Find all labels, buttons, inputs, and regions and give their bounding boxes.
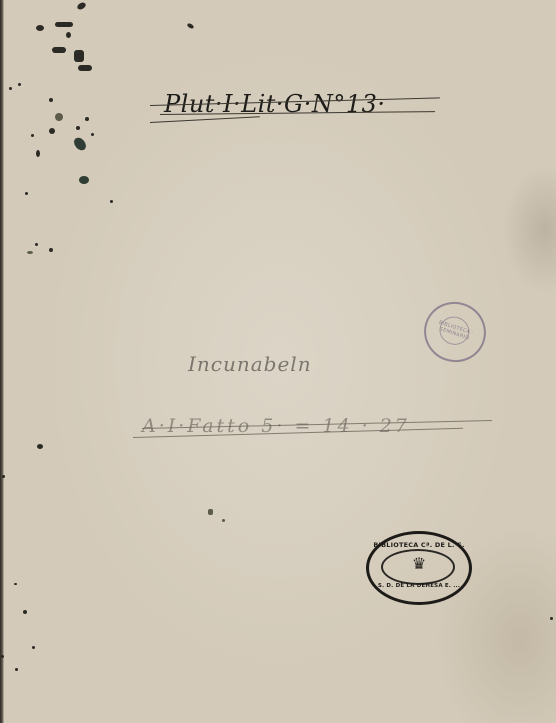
ink-spot xyxy=(49,128,55,134)
ink-spot xyxy=(186,23,194,30)
ink-spot xyxy=(9,87,12,90)
ink-spot xyxy=(78,65,92,71)
ink-spot xyxy=(49,248,53,252)
manuscript-page: Plut·I·Lit·G·N°13· Incunabeln A·I·Fatto … xyxy=(0,0,556,723)
stamp-top-text: BIBLIOTECA Cª. DE L. S. xyxy=(369,541,469,549)
ink-spot xyxy=(91,133,94,136)
ink-spot xyxy=(79,176,89,184)
ink-spot xyxy=(31,134,34,137)
ink-spot xyxy=(74,50,84,62)
ink-spot xyxy=(1,655,4,658)
ink-spot xyxy=(36,25,44,31)
library-stamp-violet: BIBLIOTECA · SEMINARIO xyxy=(416,294,494,370)
ink-spot xyxy=(72,135,89,152)
ink-spot xyxy=(55,113,63,121)
crown-icon: ♛ xyxy=(369,554,469,573)
ink-spot xyxy=(36,150,40,157)
ink-spot xyxy=(18,83,21,86)
shelfmark-annotation: Plut·I·Lit·G·N°13· xyxy=(150,86,440,126)
ink-spot xyxy=(25,192,28,195)
ink-spot xyxy=(550,617,553,620)
stamp-bottom-text: S. D. DE LA DEHESA E. ... xyxy=(369,583,469,589)
ink-spot xyxy=(23,610,27,614)
ink-spot xyxy=(35,243,38,246)
ink-spot xyxy=(49,98,53,102)
ink-spot xyxy=(27,251,33,254)
ink-spot xyxy=(76,1,87,11)
page-edge-shadow xyxy=(0,0,4,723)
pencil-note-incunabeln: Incunabeln xyxy=(188,352,312,376)
ink-spot xyxy=(14,583,17,585)
ink-spot xyxy=(76,126,80,130)
ink-spot xyxy=(208,509,213,515)
ink-spot xyxy=(222,519,225,522)
ink-spot xyxy=(37,444,43,449)
ink-spot xyxy=(32,646,35,649)
library-stamp-black: BIBLIOTECA Cª. DE L. S. ♛ S. D. DE LA DE… xyxy=(366,531,472,605)
ink-spot xyxy=(52,47,66,53)
ink-spot xyxy=(85,117,89,121)
ink-spot xyxy=(15,668,18,671)
ink-spot xyxy=(2,475,5,478)
ink-spot xyxy=(110,200,113,203)
ink-spot xyxy=(66,32,71,38)
ink-spot xyxy=(55,22,73,27)
